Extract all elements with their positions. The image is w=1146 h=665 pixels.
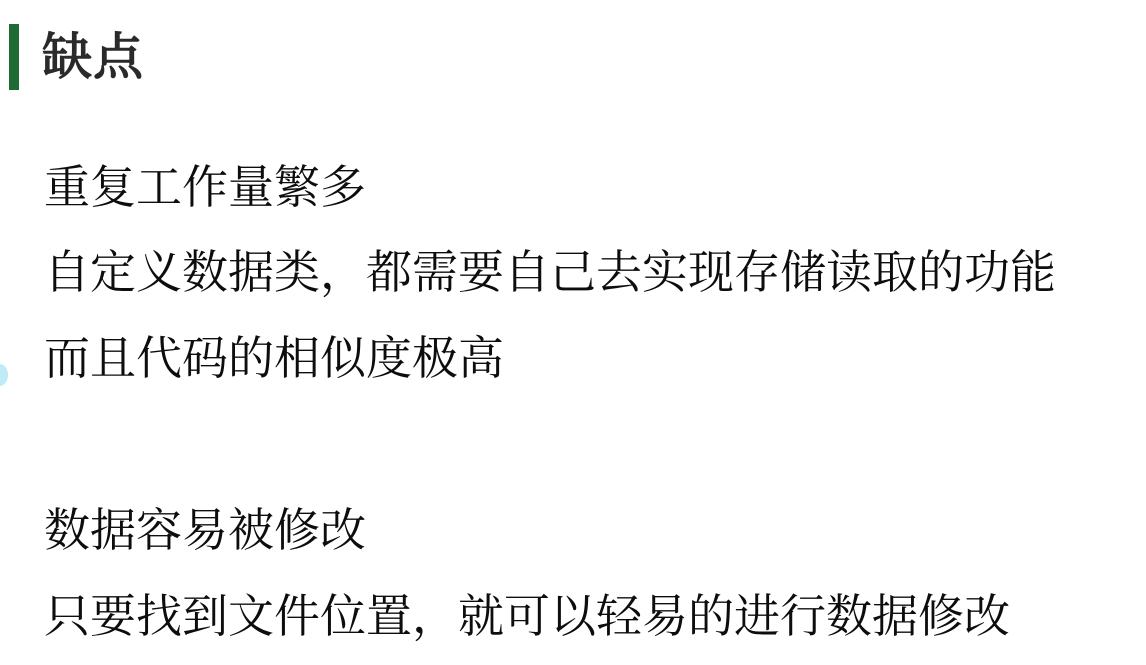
- point-detail-2-1: 只要找到文件位置，就可以轻易的进行数据修改: [44, 586, 1010, 646]
- point-detail-1-1: 自定义数据类，都需要自己去实现存储读取的功能: [44, 242, 1056, 302]
- mouse-cursor-highlight-icon: [0, 364, 8, 386]
- title-accent-bar: [9, 24, 19, 90]
- point-heading-2: 数据容易被修改: [44, 500, 366, 560]
- point-heading-1: 重复工作量繁多: [44, 157, 366, 217]
- point-detail-1-2: 而且代码的相似度极高: [44, 328, 504, 388]
- slide-title: 缺点: [42, 22, 144, 92]
